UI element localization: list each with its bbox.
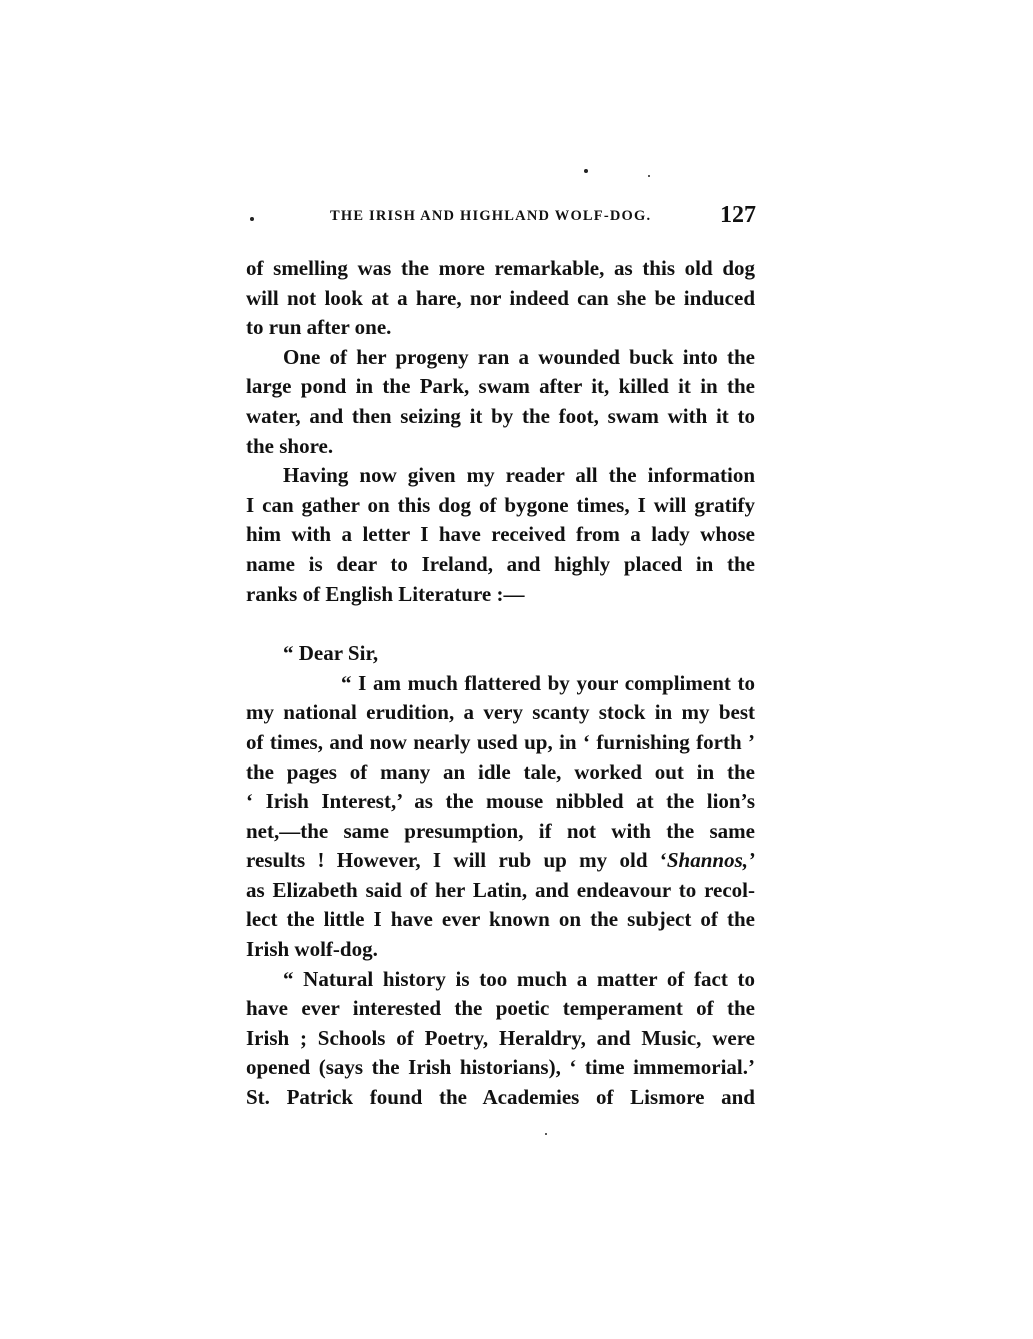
scan-speck	[545, 1133, 547, 1135]
text-line: “ Natural history is too much a matter o…	[246, 965, 755, 995]
text-line: ‘ Irish Interest,’ as the mouse nibbled …	[246, 787, 755, 817]
italic-word: Shannos,’	[667, 848, 755, 872]
page-number: 127	[720, 202, 756, 229]
text-line: water, and then seizing it by the foot, …	[246, 402, 755, 432]
text-line: will not look at a hare, nor indeed can …	[246, 284, 755, 314]
text-line: ranks of English Literature :—	[246, 580, 755, 610]
text-line: as Elizabeth said of her Latin, and ende…	[246, 876, 755, 906]
text-line: One of her progeny ran a wounded buck in…	[246, 343, 755, 373]
text-line: lect the little I have ever known on the…	[246, 905, 755, 935]
text-line-with-italic: results ! However, I will rub up my old …	[246, 846, 755, 876]
text-line: Irish ; Schools of Poetry, Heraldry, and…	[246, 1024, 755, 1054]
scan-speck	[648, 175, 650, 177]
scan-speck	[584, 169, 588, 173]
text-line: him with a letter I have received from a…	[246, 520, 755, 550]
body-text: of smelling was the more remarkable, as …	[246, 254, 755, 1113]
text-line: to run after one.	[246, 313, 755, 343]
text-line: the shore.	[246, 432, 755, 462]
text-line: of smelling was the more remarkable, as …	[246, 254, 755, 284]
text-line: opened (says the Irish historians), ‘ ti…	[246, 1053, 755, 1083]
text-line: name is dear to Ireland, and highly plac…	[246, 550, 755, 580]
letter-salutation: “ Dear Sir,	[246, 639, 755, 669]
running-head-title: THE IRISH AND HIGHLAND WOLF-DOG.	[330, 208, 651, 225]
text-line: I can gather on this dog of bygone times…	[246, 491, 755, 521]
text-line: Having now given my reader all the infor…	[246, 461, 755, 491]
text-line: have ever interested the poetic temperam…	[246, 994, 755, 1024]
text-line: net,—the same presumption, if not with t…	[246, 817, 755, 847]
text-line: St. Patrick found the Academies of Lismo…	[246, 1083, 755, 1113]
text-line: Irish wolf-dog.	[246, 935, 755, 965]
text-line: large pond in the Park, swam after it, k…	[246, 372, 755, 402]
text-line: “ I am much flattered by your compliment…	[246, 669, 755, 699]
text-line: of times, and now nearly used up, in ‘ f…	[246, 728, 755, 758]
text-line: my national erudition, a very scanty sto…	[246, 698, 755, 728]
margin-dot	[250, 217, 254, 221]
running-head: THE IRISH AND HIGHLAND WOLF-DOG. 127	[250, 202, 760, 230]
text-fragment: results ! However, I will rub up my old …	[246, 848, 667, 872]
text-line: the pages of many an idle tale, worked o…	[246, 758, 755, 788]
section-gap	[246, 609, 755, 639]
